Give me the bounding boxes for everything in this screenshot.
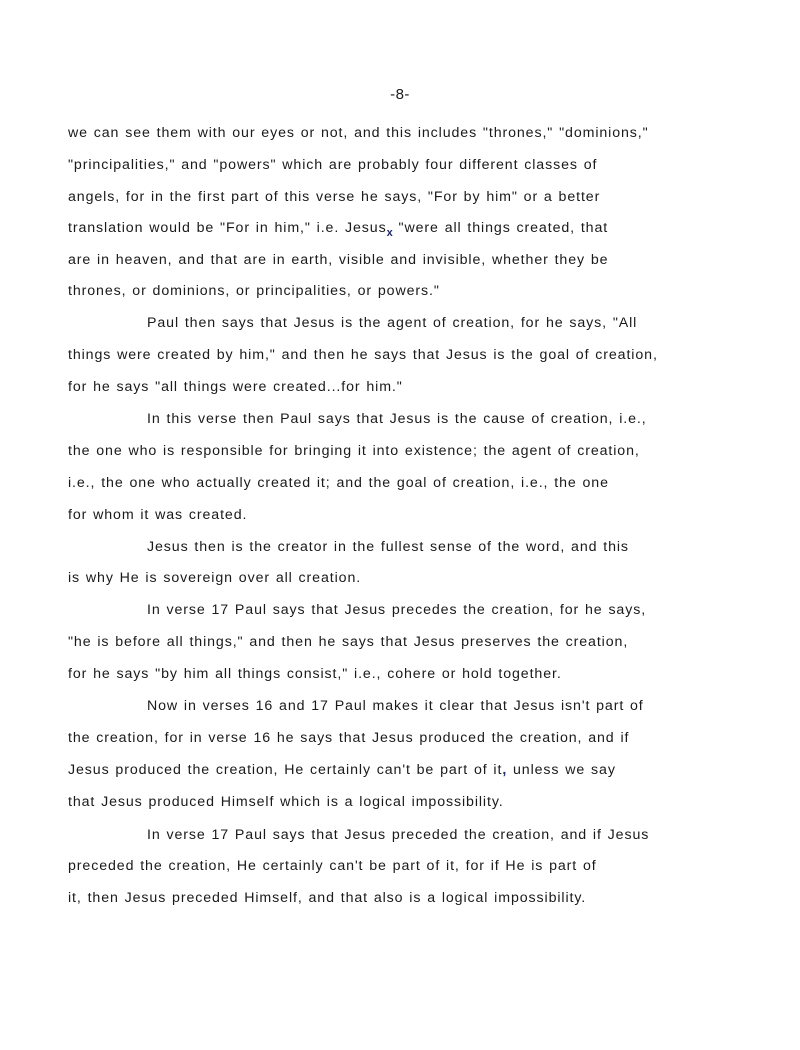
text-line: "principalities," and "powers" which are… — [68, 156, 597, 174]
page-number: -8- — [0, 86, 800, 103]
text-line: In this verse then Paul says that Jesus … — [147, 410, 647, 428]
text-line: Paul then says that Jesus is the agent o… — [147, 314, 637, 332]
text-line: for he says "by him all things consist,"… — [68, 665, 562, 683]
text-line: it, then Jesus preceded Himself, and tha… — [68, 889, 586, 907]
text-line: Jesus then is the creator in the fullest… — [147, 538, 629, 556]
text-line: preceded the creation, He certainly can'… — [68, 857, 597, 875]
text-line: that Jesus produced Himself which is a l… — [68, 793, 504, 811]
text-line: we can see them with our eyes or not, an… — [68, 124, 649, 142]
text-line: i.e., the one who actually created it; a… — [68, 474, 609, 492]
text-segment: unless we say — [507, 762, 616, 778]
text-line: the creation, for in verse 16 he says th… — [68, 729, 629, 747]
text-line: the one who is responsible for bringing … — [68, 442, 640, 460]
text-line: Now in verses 16 and 17 Paul makes it cl… — [147, 697, 644, 715]
text-line: is why He is sovereign over all creation… — [68, 569, 361, 587]
text-segment: "were all things created, that — [393, 220, 608, 236]
text-segment: translation would be "For in him," i.e. … — [68, 220, 387, 236]
text-segment: Jesus produced the creation, He certainl… — [68, 762, 502, 778]
text-line: translation would be "For in him," i.e. … — [68, 219, 608, 242]
text-line: are in heaven, and that are in earth, vi… — [68, 251, 608, 269]
text-line: In verse 17 Paul says that Jesus precede… — [147, 601, 646, 619]
text-line: Jesus produced the creation, He certainl… — [68, 761, 616, 779]
text-line: thrones, or dominions, or principalities… — [68, 282, 440, 300]
text-line: In verse 17 Paul says that Jesus precede… — [147, 826, 649, 844]
text-line: things were created by him," and then he… — [68, 346, 658, 364]
text-line: angels, for in the first part of this ve… — [68, 188, 600, 206]
text-line: for he says "all things were created...f… — [68, 378, 403, 396]
text-line: for whom it was created. — [68, 506, 247, 524]
text-line: "he is before all things," and then he s… — [68, 633, 628, 651]
